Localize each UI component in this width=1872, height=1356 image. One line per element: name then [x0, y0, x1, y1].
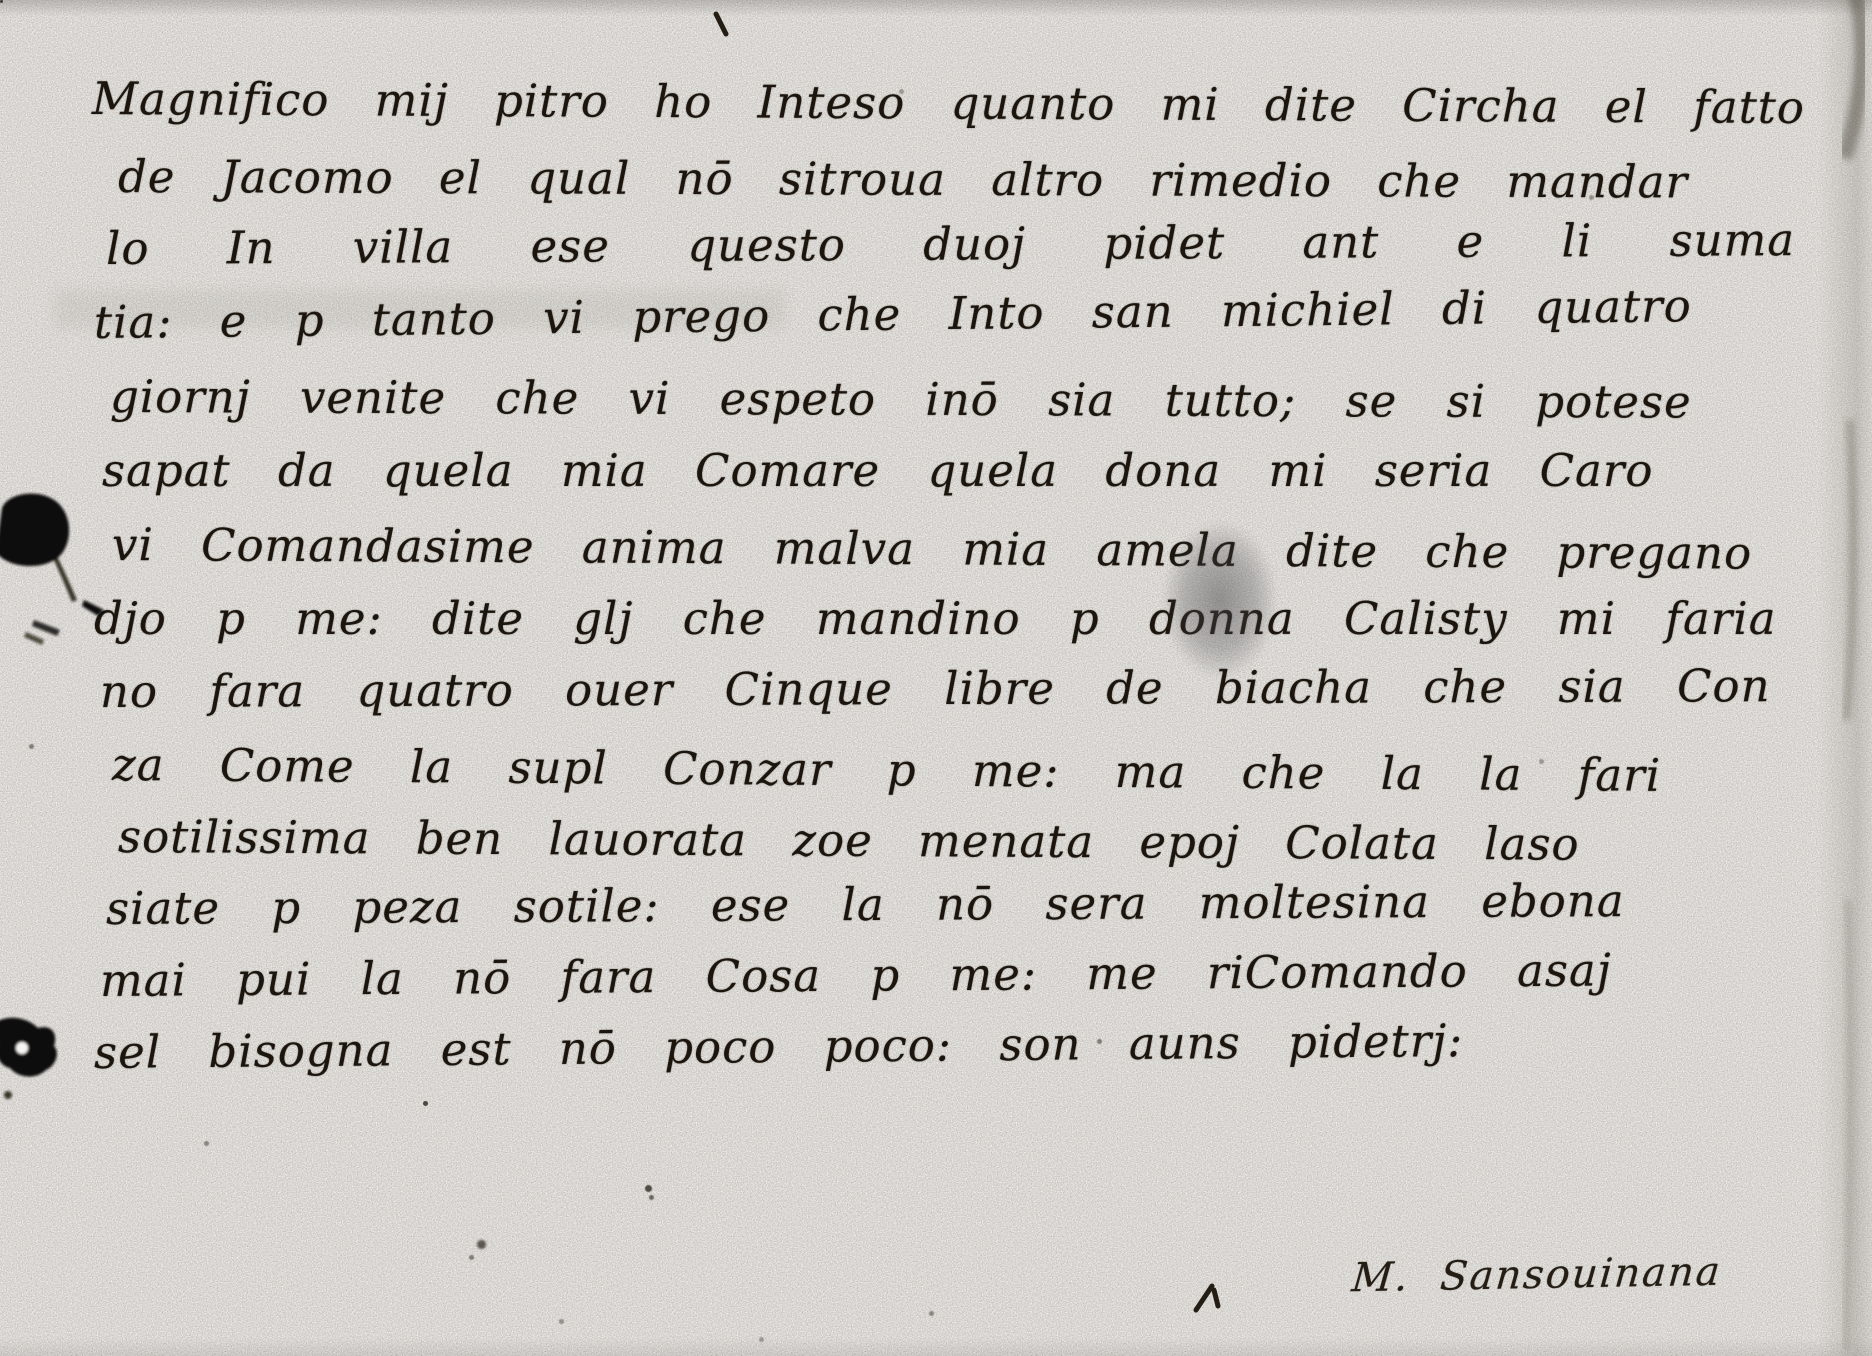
stray-pen-marks [716, 14, 1218, 1310]
ink-blots-layer [0, 0, 1872, 1356]
right-edge-fold-shadow [1818, 0, 1872, 1356]
ink-blot-upper-left [0, 494, 104, 645]
ink-blot-lower-left [0, 1018, 57, 1099]
scanned-letter-page: Magnifico mij pitro ho Inteso quanto mi … [0, 0, 1872, 1356]
top-edge-shadow [0, 0, 1872, 16]
bottom-edge-shadow [0, 1338, 1872, 1356]
